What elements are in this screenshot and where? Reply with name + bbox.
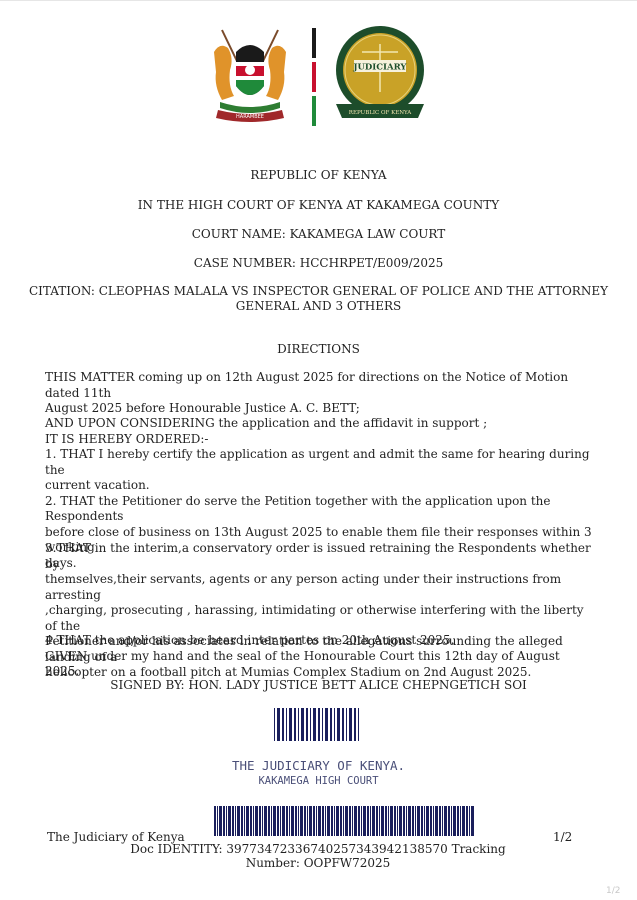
judiciary-seal-icon: JUDICIARY REPUBLIC OF KENYA	[330, 24, 430, 128]
order-2: 2. THAT the Petitioner do serve the Peti…	[45, 494, 595, 525]
order-4-and-given: 4.THAT the application be heard inter pa…	[45, 633, 595, 680]
viewer-page-indicator: 1/2	[606, 886, 620, 896]
svg-text:JUDICIARY: JUDICIARY	[353, 63, 408, 73]
signature-barcode-icon	[274, 708, 360, 741]
citation-line-2: GENERAL AND 3 OTHERS	[0, 299, 637, 314]
directions-intro: THIS MATTER coming up on 12th August 202…	[45, 370, 595, 417]
svg-text:REPUBLIC OF KENYA: REPUBLIC OF KENYA	[349, 110, 412, 116]
considering-text: AND UPON CONSIDERING the application and…	[45, 416, 595, 432]
kenya-flag-divider	[312, 28, 316, 126]
court-heading: IN THE HIGH COURT OF KENYA AT KAKAMEGA C…	[0, 198, 637, 213]
viewer-top-border	[0, 0, 637, 1]
doc-identity-line-1: Doc IDENTITY: 39773472336740257343942138…	[0, 842, 637, 856]
document-barcode-icon	[214, 806, 476, 836]
given-text: GIVEN under my hand and the seal of the …	[45, 649, 595, 680]
svg-text:HARAMBEE: HARAMBEE	[236, 114, 264, 120]
ordered-text: IT IS HEREBY ORDERED:-	[45, 432, 595, 448]
court-name: COURT NAME: KAKAMEGA LAW COURT	[0, 227, 637, 242]
stamp-line-1: THE JUDICIARY OF KENYA.	[0, 758, 637, 773]
order-4: 4.THAT the application be heard inter pa…	[45, 633, 595, 649]
case-number: CASE NUMBER: HCCHRPET/E009/2025	[0, 256, 637, 271]
republic-heading: REPUBLIC OF KENYA	[0, 168, 637, 183]
order-1: 1. THAT I hereby certify the application…	[45, 447, 595, 478]
kenya-coat-of-arms-icon: HARAMBEE	[200, 22, 300, 127]
signed-by: SIGNED BY: HON. LADY JUSTICE BETT ALICE …	[0, 678, 637, 693]
directions-title: DIRECTIONS	[0, 342, 637, 357]
doc-identity-line-2: Number: OOPFW72025	[0, 856, 637, 870]
citation-line-1: CITATION: CLEOPHAS MALALA VS INSPECTOR G…	[0, 284, 637, 299]
stamp-line-2: KAKAMEGA HIGH COURT	[0, 775, 637, 787]
header-logos: HARAMBEE JUDICIARY REPUBLIC OF KENYA	[0, 22, 637, 132]
